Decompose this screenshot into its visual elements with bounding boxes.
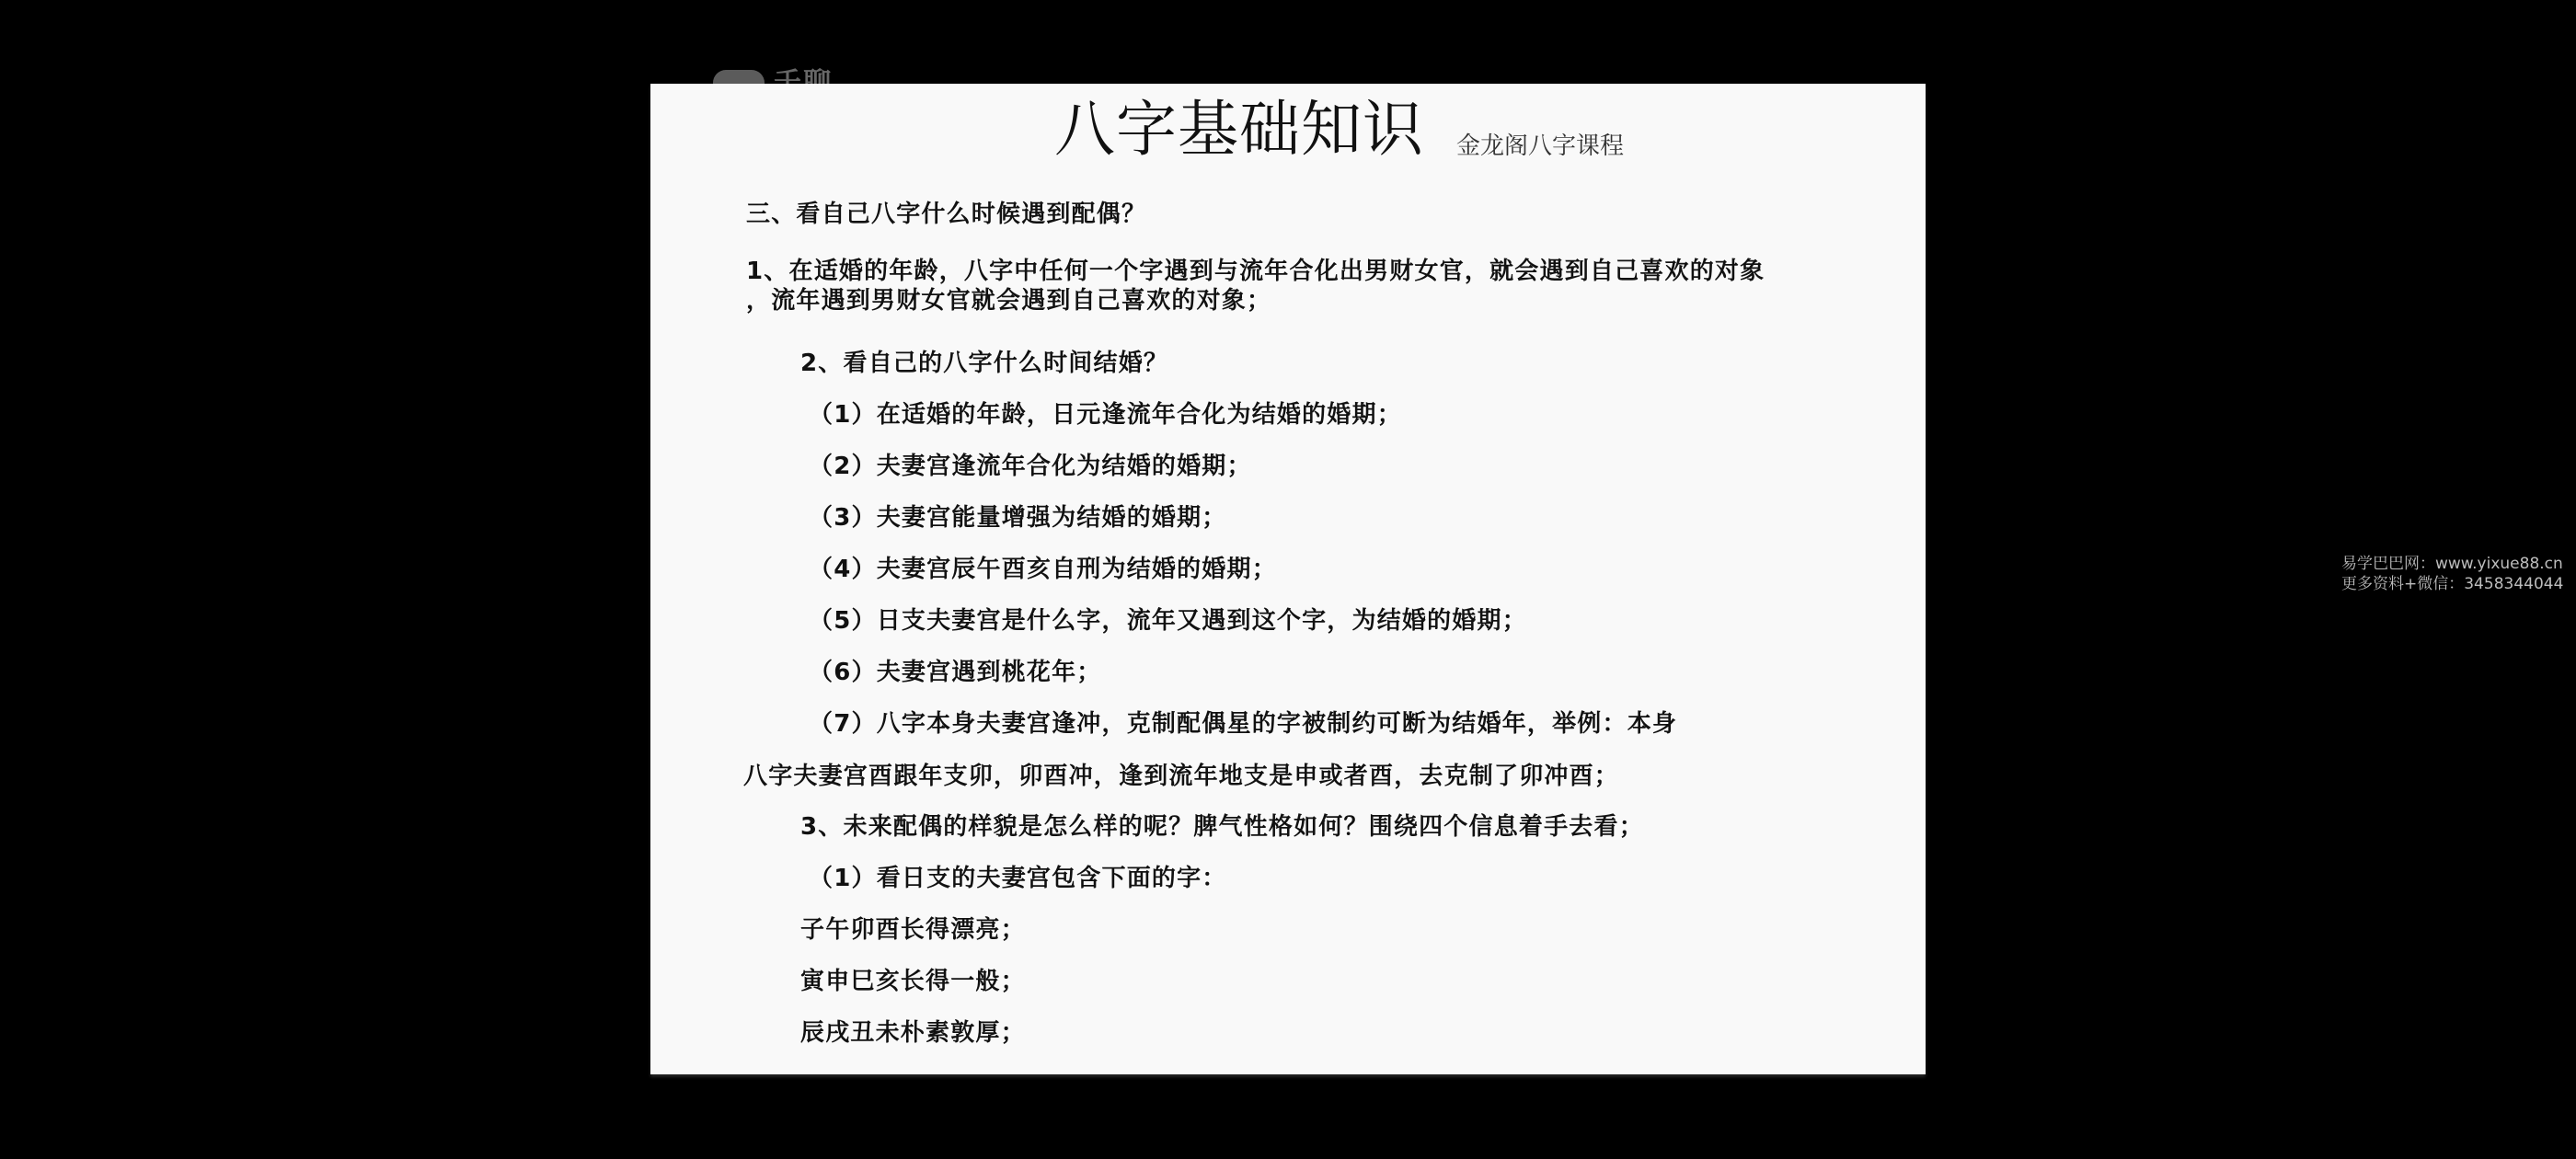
point-1-line-1: 1、在适婚的年龄，八字中任何一个字遇到与流年合化出男财女官，就会遇到自己喜欢的对… bbox=[746, 257, 1765, 286]
side-watermark-line-1: 易学巴巴网：www.yixue88.cn bbox=[2341, 554, 2563, 574]
side-watermark: 易学巴巴网：www.yixue88.cn 更多资料+微信：3458344044 bbox=[2341, 554, 2563, 594]
point-3-detail-3: 辰戌丑未朴素敦厚； bbox=[800, 1018, 1026, 1048]
point-2-item-5: （5）日支夫妻宫是什么字，流年又遇到这个字，为结婚的婚期； bbox=[809, 606, 1527, 636]
point-3-detail-2: 寅申巳亥长得一般； bbox=[800, 967, 1026, 996]
point-2-item-6: （6）夫妻宫遇到桃花年； bbox=[809, 658, 1102, 687]
point-2-item-3: （3）夫妻宫能量增强为结婚的婚期； bbox=[809, 503, 1227, 533]
presentation-slide: 八字基础知识 金龙阁八字课程 三、看自己八字什么时候遇到配偶？ 1、在适婚的年龄… bbox=[650, 84, 1926, 1074]
point-2-item-4: （4）夫妻宫辰午酉亥自刑为结婚的婚期； bbox=[809, 555, 1277, 584]
point-2-heading: 2、看自己的八字什么时间结婚？ bbox=[800, 349, 1168, 378]
section-heading: 三、看自己八字什么时候遇到配偶？ bbox=[746, 200, 1146, 229]
point-1-line-2: ，流年遇到男财女官就会遇到自己喜欢的对象； bbox=[746, 286, 1271, 316]
point-2-item-7-line-2: 八字夫妻宫酉跟年支卯，卯酉冲，逢到流年地支是申或者酉，去克制了卯冲酉； bbox=[743, 762, 1619, 791]
point-3-heading: 3、未来配偶的样貌是怎么样的呢？脾气性格如何？围绕四个信息着手去看； bbox=[800, 812, 1644, 842]
slide-subtitle: 金龙阁八字课程 bbox=[1456, 130, 1624, 163]
point-2-item-7-line-1: （7）八字本身夫妻宫逢冲，克制配偶星的字被制约可断为结婚年，举例：本身 bbox=[809, 709, 1677, 739]
point-3-item-1: （1）看日支的夫妻宫包含下面的字： bbox=[809, 864, 1227, 893]
point-3-detail-1: 子午卯酉长得漂亮； bbox=[800, 915, 1026, 945]
point-2-item-2: （2）夫妻宫逢流年合化为结婚的婚期； bbox=[809, 452, 1252, 481]
side-watermark-line-2: 更多资料+微信：3458344044 bbox=[2341, 574, 2563, 594]
point-2-item-1: （1）在适婚的年龄，日元逢流年合化为结婚的婚期； bbox=[809, 400, 1402, 430]
slide-title: 八字基础知识 bbox=[1054, 93, 1424, 166]
